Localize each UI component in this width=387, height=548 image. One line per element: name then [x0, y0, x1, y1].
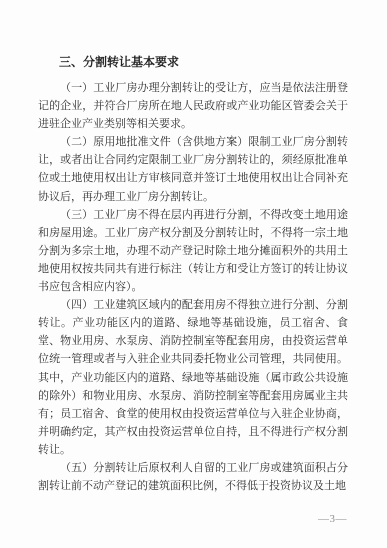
document-content: 三、分割转让基本要求 （一）工业厂房办理分割转让的受让方，应当是依法注册登记的企… [38, 53, 348, 495]
paragraph-3: （三）工业厂房不得在层内再进行分割，不得改变土地用途和房屋用途。工业厂房产权分割… [38, 206, 348, 296]
paragraph-5: （五）分割转让后原权利人自留的工业厂房或建筑面积占分割转让前不动产登记的建筑面积… [38, 459, 348, 495]
paragraph-2: （二）原用地批准文件（含供地方案）限制工业厂房分割转让，或者出让合同约定限制工业… [38, 133, 348, 205]
page-number: —3— [318, 513, 347, 525]
section-heading: 三、分割转让基本要求 [38, 53, 348, 71]
paragraph-1: （一）工业厂房办理分割转让的受让方，应当是依法注册登记的企业，并符合厂房所在地人… [38, 79, 348, 133]
document-page: 三、分割转让基本要求 （一）工业厂房办理分割转让的受让方，应当是依法注册登记的企… [0, 0, 387, 548]
paragraph-4: （四）工业建筑区域内的配套用房不得独立进行分割、分割转让。产业功能区内的道路、绿… [38, 296, 348, 459]
